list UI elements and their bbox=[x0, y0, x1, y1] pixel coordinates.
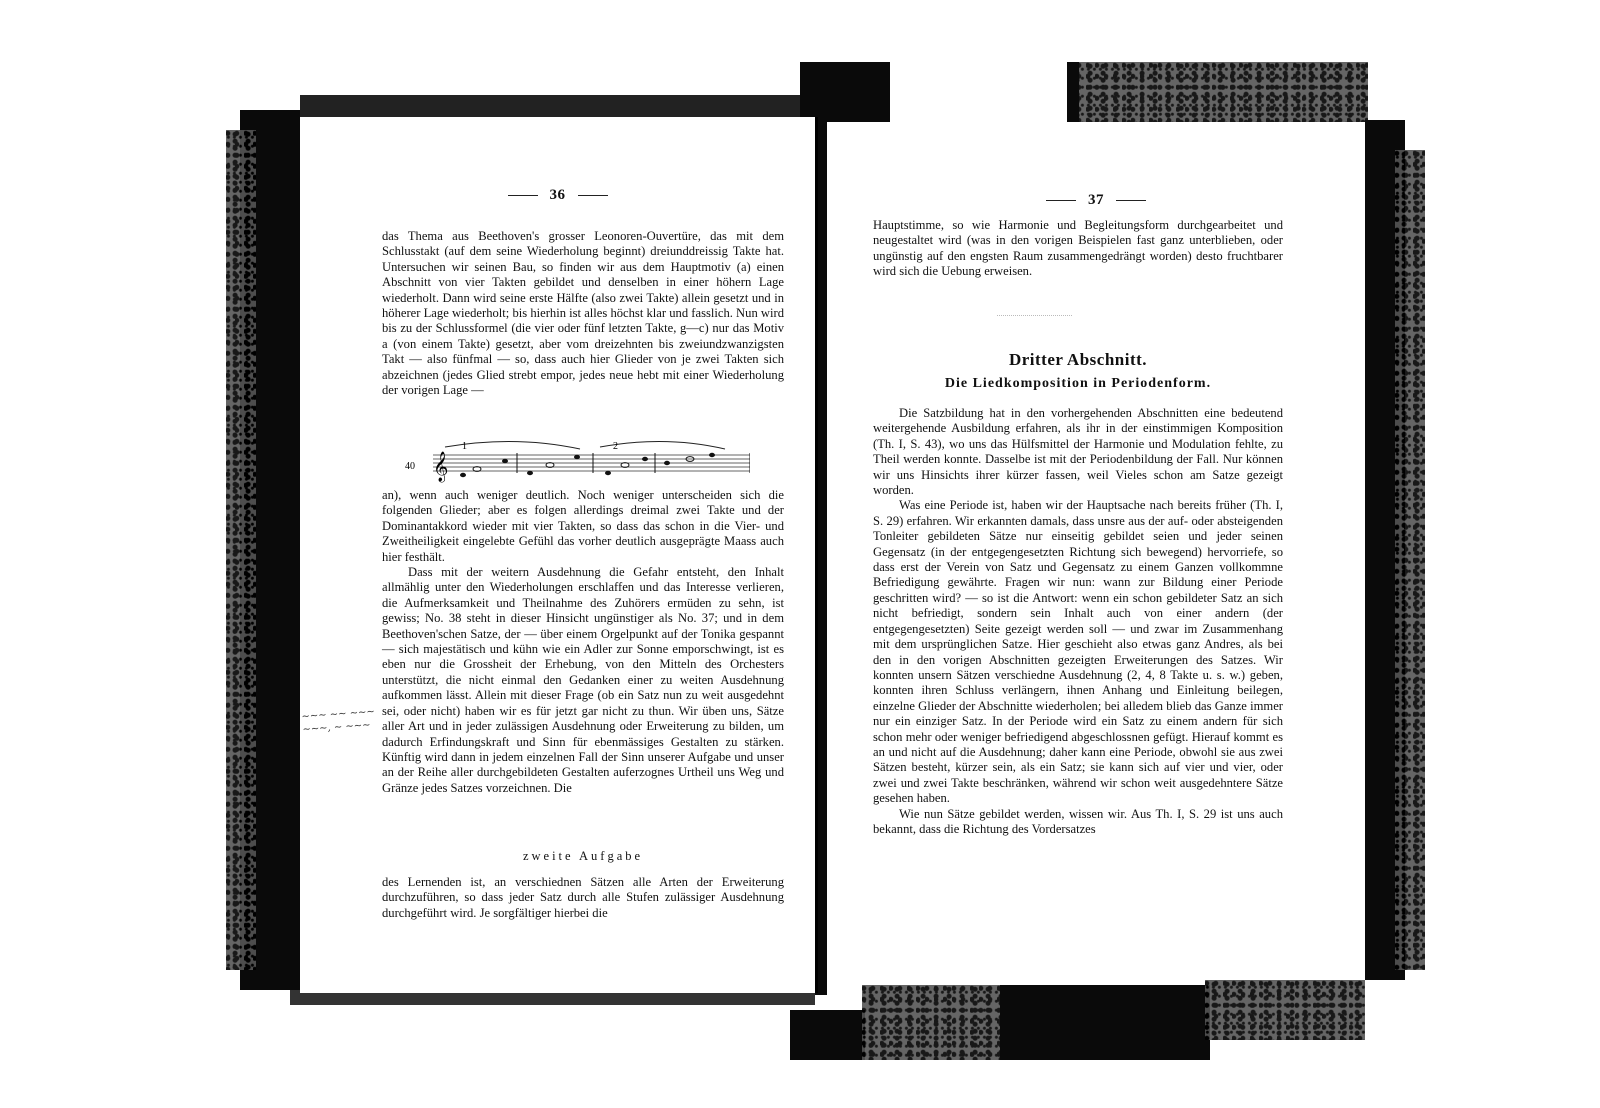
handwritten-margin-note: ~~~ ~~ ~~~~~~, ~ ~~~ bbox=[301, 705, 376, 736]
svg-text:1: 1 bbox=[462, 441, 467, 452]
section-divider bbox=[997, 315, 1072, 316]
left-body-text-3: des Lernenden ist, an verschiednen Sätze… bbox=[382, 875, 784, 921]
scan-border-bottom-right bbox=[1000, 985, 1210, 1060]
paragraph: das Thema aus Beethoven's grosser Leonor… bbox=[382, 229, 784, 398]
page-number-dash bbox=[508, 195, 538, 196]
paragraph: an), wenn auch weniger deutlich. Noch we… bbox=[382, 488, 784, 565]
page-number-dash bbox=[578, 195, 608, 196]
paragraph: Dass mit der weitern Ausdehnung die Gefa… bbox=[382, 565, 784, 796]
scan-noise-right bbox=[1395, 150, 1425, 970]
left-body-text-2: an), wenn auch weniger deutlich. Noch we… bbox=[382, 488, 784, 796]
scan-noise-top-right bbox=[1068, 62, 1368, 124]
page-number-dash bbox=[1046, 200, 1076, 201]
paragraph: Wie nun Sätze gebildet werden, wissen wi… bbox=[873, 807, 1283, 838]
left-body-text-1: das Thema aus Beethoven's grosser Leonor… bbox=[382, 229, 784, 398]
chapter-subtitle: Die Liedkomposition in Periodenform. bbox=[873, 376, 1283, 392]
page-number-dash bbox=[1116, 200, 1146, 201]
scan-border-bottom-spine bbox=[790, 1010, 865, 1060]
svg-text:𝄞: 𝄞 bbox=[433, 451, 448, 483]
paragraph: Hauptstimme, so wie Harmonie und Begleit… bbox=[873, 218, 1283, 280]
left-page: 36 das Thema aus Beethoven's grosser Leo… bbox=[300, 117, 818, 993]
sub-heading: zweite Aufgabe bbox=[382, 849, 784, 864]
left-page-number: 36 bbox=[300, 187, 815, 204]
chapter-title: Dritter Abschnitt. bbox=[873, 350, 1283, 370]
paragraph: Was eine Periode ist, haben wir der Haup… bbox=[873, 498, 1283, 806]
scan-noise-bottom bbox=[862, 985, 1002, 1060]
music-example: 40 1 2 𝄞 bbox=[405, 435, 750, 487]
right-body-text-1: Hauptstimme, so wie Harmonie und Begleit… bbox=[873, 218, 1283, 280]
paragraph: Die Satzbildung hat in den vorhergehende… bbox=[873, 406, 1283, 498]
scan-border-top-left bbox=[300, 95, 810, 119]
paragraph: des Lernenden ist, an verschiednen Sätze… bbox=[382, 875, 784, 921]
right-page-number: 37 bbox=[827, 192, 1365, 209]
scan-border-top-right-block bbox=[1067, 62, 1079, 124]
right-page: 37 Hauptstimme, so wie Harmonie und Begl… bbox=[827, 122, 1365, 980]
svg-text:2: 2 bbox=[613, 441, 618, 452]
svg-text:40: 40 bbox=[405, 461, 415, 472]
scan-noise-left bbox=[226, 130, 256, 970]
music-staff-icon: 40 1 2 𝄞 bbox=[405, 435, 750, 487]
scan-noise-bottom-right bbox=[1205, 980, 1365, 1040]
scan-border-top-spine bbox=[800, 62, 890, 124]
right-body-text-2: Die Satzbildung hat in den vorhergehende… bbox=[873, 406, 1283, 837]
